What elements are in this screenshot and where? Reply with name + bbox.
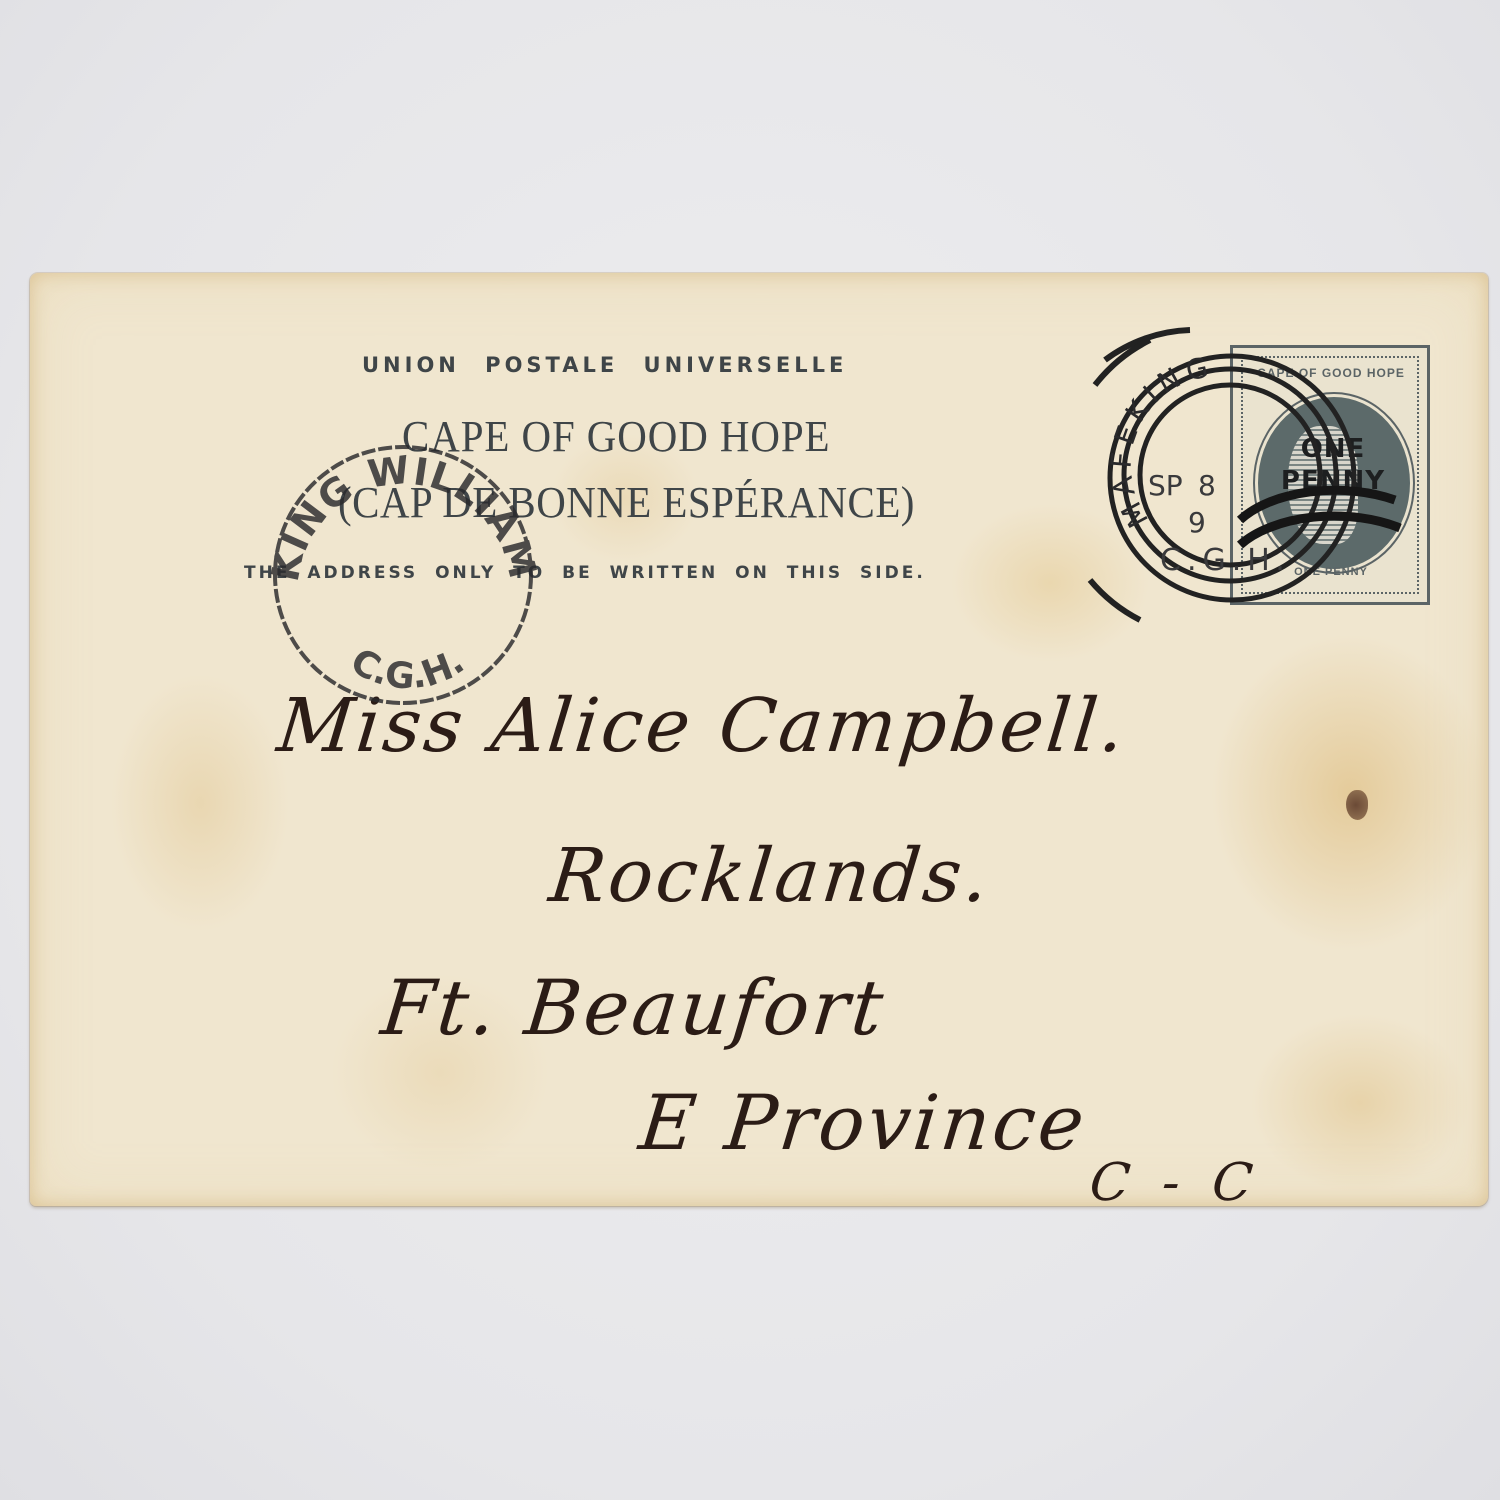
mafeking-day: 8 [1198, 469, 1216, 502]
svg-text:KING WILLIAMSTOWN: KING WILLIAMSTOWN [0, 0, 545, 585]
postmark-overlay: KING WILLIAMSTOWN C.G.H. MAFEKING SP 8 9… [0, 0, 1500, 1500]
kwt-town-text: KING WILLIAMSTOWN [0, 0, 545, 585]
king-williams-town-postmark: KING WILLIAMSTOWN C.G.H. [0, 0, 545, 703]
kwt-colony-text: C.G.H. [343, 641, 471, 698]
mafeking-postmark: MAFEKING SP 8 9 C.G.H. [1090, 330, 1400, 620]
mafeking-colony: C.G.H. [1160, 543, 1291, 578]
svg-text:C.G.H.: C.G.H. [343, 641, 471, 698]
mafeking-year: 9 [1188, 506, 1206, 539]
mafeking-month: SP [1148, 469, 1183, 502]
